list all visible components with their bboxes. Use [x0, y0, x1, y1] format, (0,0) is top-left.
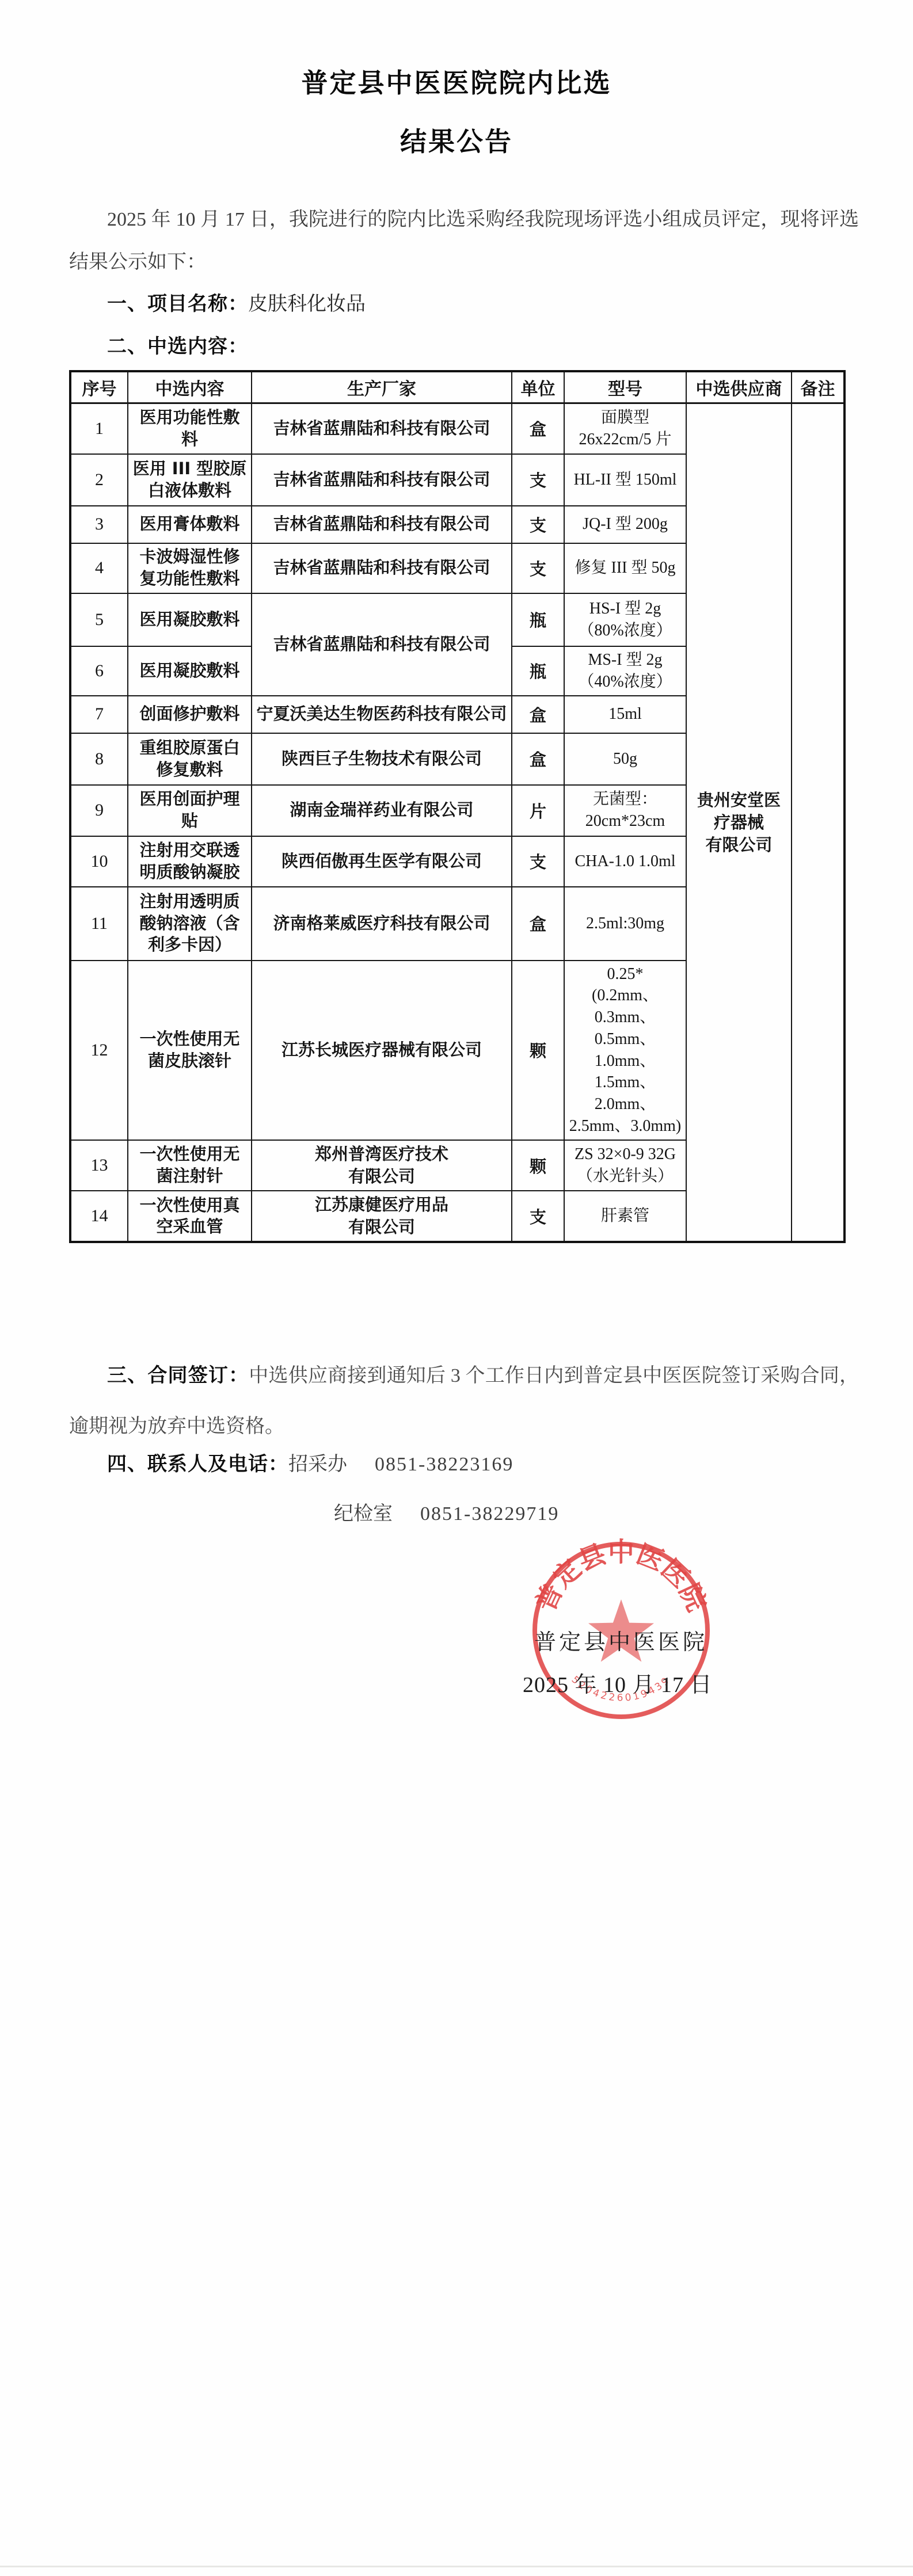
header-cell: 中选供应商 — [686, 371, 792, 403]
cell-unit: 盒 — [512, 887, 564, 961]
section3-label: 三、合同签订： — [107, 1364, 249, 1387]
contact1-name: 招采办 — [288, 1454, 347, 1475]
section-selected-content: 二、中选内容： — [69, 330, 897, 359]
cell-item: 注射用透明质酸钠溶液（含利多卡因） — [128, 887, 252, 961]
cell-item: 卡波姆湿性修复功能性敷料 — [128, 543, 252, 593]
contact2-phone: 0851-38229719 — [420, 1503, 559, 1525]
cell-unit: 支 — [512, 543, 564, 593]
cell-model: CHA-1.0 1.0ml — [564, 836, 686, 887]
cell-unit: 支 — [512, 454, 564, 506]
cell-unit: 瓶 — [512, 646, 564, 696]
cell-index: 1 — [70, 403, 128, 454]
contact-line-2: 纪检室0851-38229719 — [69, 1497, 559, 1526]
cell-model: MS-I 型 2g （40%浓度） — [564, 646, 686, 696]
cell-item: 医用凝胶敷料 — [128, 646, 252, 696]
cell-item: 医用创面护理贴 — [128, 785, 252, 836]
cell-model: 15ml — [564, 696, 686, 733]
contact1-phone: 0851-38223169 — [375, 1454, 513, 1475]
cell-model: 修复 III 型 50g — [564, 543, 686, 593]
header-cell: 序号 — [70, 371, 128, 403]
cell-manufacturer: 吉林省蓝鼎陆和科技有限公司 — [252, 506, 512, 543]
document-page: 普定县中医医院院内比选 结果公告 2025 年 10 月 17 日，我院进行的院… — [0, 0, 913, 2576]
cell-unit: 片 — [512, 785, 564, 836]
section-contract: 三、合同签订：中选供应商接到通知后 3 个工作日内到普定县中医医院签订采购合同，… — [69, 1350, 859, 1452]
cell-index: 5 — [70, 593, 128, 646]
header-cell: 备注 — [792, 371, 844, 403]
cell-manufacturer: 吉林省蓝鼎陆和科技有限公司 — [252, 543, 512, 593]
table-body: 1医用功能性敷料吉林省蓝鼎陆和科技有限公司盒面膜型 26x22cm/5 片贵州安… — [70, 403, 844, 1243]
cell-manufacturer: 陕西佰傲再生医学有限公司 — [252, 836, 512, 887]
cell-index: 9 — [70, 785, 128, 836]
cell-unit: 盒 — [512, 733, 564, 785]
section1-label: 一、项目名称： — [107, 292, 248, 315]
cell-unit: 瓶 — [512, 593, 564, 646]
cell-unit: 支 — [512, 506, 564, 543]
cell-manufacturer: 江苏康健医疗用品 有限公司 — [252, 1191, 512, 1242]
cell-model: 2.5ml:30mg — [564, 887, 686, 961]
cell-model: 面膜型 26x22cm/5 片 — [564, 403, 686, 454]
cell-manufacturer: 江苏长城医疗器械有限公司 — [252, 961, 512, 1140]
cell-manufacturer: 陕西巨子生物技术有限公司 — [252, 733, 512, 785]
cell-item: 一次性使用无菌注射针 — [128, 1140, 252, 1191]
cell-index: 10 — [70, 836, 128, 887]
header-cell: 单位 — [512, 371, 564, 403]
cell-index: 7 — [70, 696, 128, 733]
cell-manufacturer: 济南格莱威医疗科技有限公司 — [252, 887, 512, 961]
cell-manufacturer: 湖南金瑞祥药业有限公司 — [252, 785, 512, 836]
cell-manufacturer: 宁夏沃美达生物医药科技有限公司 — [252, 696, 512, 733]
cell-unit: 盒 — [512, 696, 564, 733]
cell-item: 创面修护敷料 — [128, 696, 252, 733]
section1-value: 皮肤科化妆品 — [248, 294, 366, 315]
cell-index: 2 — [70, 454, 128, 506]
page-title: 普定县中医医院院内比选 — [0, 62, 913, 100]
cell-model: ZS 32×0-9 32G （水光针头） — [564, 1140, 686, 1191]
signature-org-name: 普定县中医医院 — [534, 1624, 730, 1656]
cell-supplier: 贵州安堂医 疗器械 有限公司 — [686, 403, 792, 1243]
page-subtitle: 结果公告 — [0, 121, 913, 159]
cell-model: 0.25* (0.2mm、0.3mm、 0.5mm、1.0mm、 1.5mm、2… — [564, 961, 686, 1140]
cell-item: 一次性使用无菌皮肤滚针 — [128, 961, 252, 1140]
header-cell: 生产厂家 — [252, 371, 512, 403]
signature-date: 2025 年 10 月 17 日 — [523, 1667, 753, 1698]
cell-model: 50g — [564, 733, 686, 785]
cell-index: 8 — [70, 733, 128, 785]
cell-index: 14 — [70, 1191, 128, 1242]
cell-unit: 颗 — [512, 1140, 564, 1191]
section2-label: 二、中选内容： — [107, 335, 248, 358]
cell-item: 一次性使用真空采血管 — [128, 1191, 252, 1242]
cell-remark — [792, 403, 844, 1243]
section-project-name: 一、项目名称：皮肤科化妆品 — [69, 288, 897, 316]
cell-index: 13 — [70, 1140, 128, 1191]
cell-item: 医用膏体敷料 — [128, 506, 252, 543]
cell-model: HL-II 型 150ml — [564, 454, 686, 506]
cell-item: 医用功能性敷料 — [128, 403, 252, 454]
section4-label: 四、联系人及电话： — [107, 1453, 288, 1476]
page-bottom-edge — [0, 2566, 913, 2567]
cell-manufacturer: 吉林省蓝鼎陆和科技有限公司 — [252, 403, 512, 454]
cell-item: 医用 III 型胶原白液体敷料 — [128, 454, 252, 506]
cell-model: JQ-I 型 200g — [564, 506, 686, 543]
cell-model: HS-I 型 2g （80%浓度） — [564, 593, 686, 646]
cell-unit: 颗 — [512, 961, 564, 1140]
cell-index: 3 — [70, 506, 128, 543]
cell-index: 6 — [70, 646, 128, 696]
cell-manufacturer: 吉林省蓝鼎陆和科技有限公司 — [252, 593, 512, 696]
cell-unit: 支 — [512, 1191, 564, 1242]
cell-item: 重组胶原蛋白修复敷料 — [128, 733, 252, 785]
cell-index: 11 — [70, 887, 128, 961]
cell-index: 12 — [70, 961, 128, 1140]
cell-item: 医用凝胶敷料 — [128, 593, 252, 646]
cell-manufacturer: 郑州普湾医疗技术 有限公司 — [252, 1140, 512, 1191]
cell-model: 肝素管 — [564, 1191, 686, 1242]
contact-line-1: 四、联系人及电话：招采办0851-38223169 — [69, 1448, 513, 1476]
table-row: 1医用功能性敷料吉林省蓝鼎陆和科技有限公司盒面膜型 26x22cm/5 片贵州安… — [70, 403, 844, 454]
cell-index: 4 — [70, 543, 128, 593]
contact2-name: 纪检室 — [334, 1503, 393, 1525]
cell-unit: 支 — [512, 836, 564, 887]
header-cell: 型号 — [564, 371, 686, 403]
cell-unit: 盒 — [512, 403, 564, 454]
header-cell: 中选内容 — [128, 371, 252, 403]
intro-paragraph: 2025 年 10 月 17 日，我院进行的院内比选采购经我院现场评选小组成员评… — [69, 199, 859, 284]
table-header-row: 序号中选内容生产厂家单位型号中选供应商备注 — [70, 371, 844, 403]
cell-item: 注射用交联透明质酸钠凝胶 — [128, 836, 252, 887]
cell-manufacturer: 吉林省蓝鼎陆和科技有限公司 — [252, 454, 512, 506]
selection-table: 序号中选内容生产厂家单位型号中选供应商备注 1医用功能性敷料吉林省蓝鼎陆和科技有… — [69, 370, 846, 1243]
cell-model: 无菌型： 20cm*23cm — [564, 785, 686, 836]
